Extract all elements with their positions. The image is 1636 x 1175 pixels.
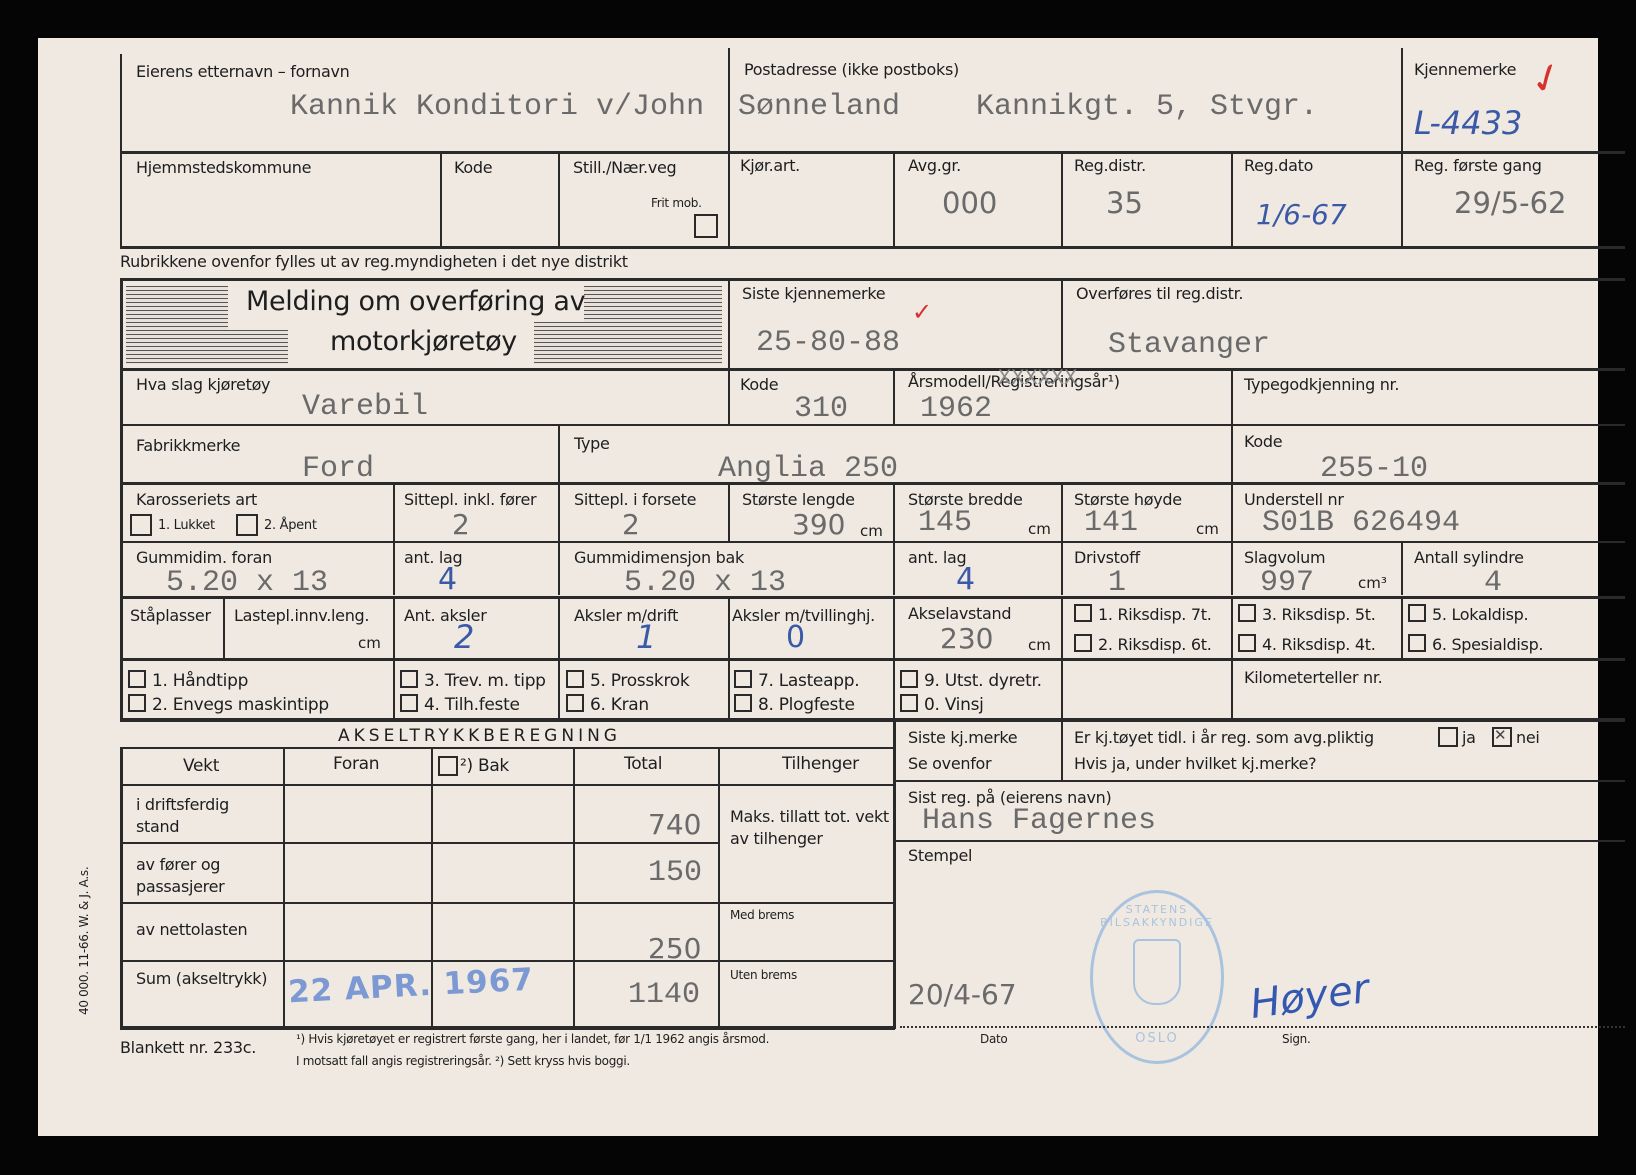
fabrikk-value: Ford: [302, 452, 374, 486]
sitte-inkl-value: 2: [452, 508, 470, 541]
slagvolum-value: 997: [1260, 566, 1314, 600]
lukket-checkbox[interactable]: [130, 514, 152, 536]
divider: [893, 484, 895, 542]
sign-label: Sign.: [1282, 1032, 1311, 1046]
red-check-icon: ✓: [912, 298, 932, 327]
regdistr-label: Reg.distr.: [1074, 156, 1146, 175]
sist-reg-value: Hans Fagernes: [922, 804, 1156, 838]
regdato-value: 1/6-67: [1256, 198, 1347, 231]
side-print-text: 40 000. 11-66. W. & J. A.s.: [77, 835, 91, 1015]
divider: [558, 660, 560, 718]
handtipp-label: 1. Håndtipp: [152, 671, 248, 691]
signature-line: [900, 1026, 1625, 1028]
drift-label: Aksler m/drift: [574, 606, 678, 625]
divider: [893, 151, 895, 248]
plate-value: L-4433: [1414, 104, 1522, 142]
forste-label: Reg. første gang: [1414, 156, 1542, 175]
divider: [728, 484, 730, 542]
divider: [1061, 484, 1063, 542]
col-total: Total: [624, 754, 662, 774]
sitte-for-label: Sittepl. i forsete: [574, 490, 696, 509]
stamp-date-value: 20/4-67: [908, 978, 1017, 1011]
envegs-label: 2. Envegs maskintipp: [152, 695, 329, 715]
divider: [393, 484, 395, 542]
divider: [1231, 484, 1233, 542]
lag2-value: 4: [956, 562, 975, 597]
avggr-label: Avg.gr.: [908, 156, 961, 175]
divider: [895, 840, 1625, 842]
footnote-2: I motsatt fall angis registreringsår. ²)…: [296, 1054, 630, 1068]
divider: [120, 151, 122, 248]
lokaldisp-checkbox[interactable]: [1408, 604, 1426, 622]
divider: [122, 960, 893, 962]
lasteapp-label: 7. Lasteapp.: [758, 671, 859, 691]
avstand-unit: cm: [1028, 636, 1051, 654]
title-stripe: [126, 286, 228, 330]
divider: [728, 151, 730, 248]
lokaldisp-label: 5. Lokaldisp.: [1432, 605, 1528, 624]
row-label-sum: Sum (akseltrykk): [136, 968, 276, 990]
vinsj-label: 0. Vinsj: [924, 695, 984, 715]
divider: [1061, 151, 1063, 248]
prosskrok-checkbox[interactable]: [566, 670, 584, 688]
regdistr-value: 35: [1106, 186, 1143, 220]
tvilling-value: 0: [786, 620, 805, 655]
divider: [440, 151, 442, 248]
received-date-stamp: 22 APR. 1967: [287, 962, 535, 1011]
siste-kjennemerke-label: Siste kjennemerke: [742, 284, 885, 303]
ant-aksler-value: 2: [454, 618, 474, 656]
divider: [893, 598, 895, 658]
sylindre-label: Antall sylindre: [1414, 548, 1524, 567]
divider: [120, 718, 1625, 722]
divider: [1401, 543, 1403, 595]
avstand-label: Akselavstand: [908, 604, 1011, 623]
riksdisp-2-checkbox[interactable]: [1074, 634, 1092, 652]
slag-value: Varebil: [302, 390, 428, 424]
plate-label: Kjennemerke: [1414, 60, 1516, 79]
divider: [558, 151, 560, 248]
riksdisp-1-checkbox[interactable]: [1074, 604, 1092, 622]
handtipp-checkbox[interactable]: [128, 670, 146, 688]
lag1-value: 4: [438, 562, 457, 597]
hoyde-unit: cm: [1196, 520, 1219, 538]
row-total-sum: 1140: [628, 978, 700, 1012]
divider: [1231, 368, 1233, 424]
lastepl-label: Lastepl.innv.leng.: [234, 606, 369, 625]
riksdisp-3-label: 3. Riksdisp. 5t.: [1262, 605, 1376, 624]
row-label-drift: i driftsferdig stand: [136, 794, 276, 838]
footnote-1: ¹) Hvis kjøretøyet er registrert første …: [296, 1032, 769, 1046]
divider: [718, 747, 720, 1029]
drift-value: 1: [636, 618, 656, 656]
regdato-label: Reg.dato: [1244, 156, 1313, 175]
coat-of-arms-icon: [1133, 939, 1181, 1005]
divider: [1061, 543, 1063, 595]
sitte-for-value: 2: [622, 508, 640, 541]
med-brems-label: Med brems: [730, 908, 794, 922]
divider: [558, 424, 560, 484]
divider: [1231, 151, 1233, 248]
akseltrykk-title: AKSELTRYKKBEREGNING: [338, 726, 621, 746]
divider: [728, 368, 730, 424]
vinsj-checkbox[interactable]: [900, 694, 918, 712]
hjemmsted-label: Hjemmstedskommune: [136, 158, 311, 177]
lengde-label: Største lengde: [742, 490, 855, 509]
title-stripe: [534, 322, 722, 364]
spesialdisp-label: 6. Spesialdisp.: [1432, 635, 1543, 654]
lukket-label: 1. Lukket: [158, 518, 215, 533]
divider: [1231, 598, 1233, 658]
row-total-forer: 150: [648, 856, 702, 890]
divider: [283, 747, 285, 1029]
divider: [1231, 543, 1233, 595]
gummi-foran-value: 5.20 x 13: [166, 566, 328, 600]
row-total-drift: 740: [648, 808, 701, 841]
divider: [558, 543, 560, 595]
divider: [120, 482, 1625, 485]
divider: [558, 484, 560, 542]
divider: [893, 543, 895, 595]
trev-checkbox[interactable]: [400, 670, 418, 688]
uten-brems-label: Uten brems: [730, 968, 797, 982]
plogfeste-checkbox[interactable]: [734, 694, 752, 712]
type-kode-label: Kode: [1244, 432, 1282, 451]
lengde-unit: cm: [860, 522, 883, 540]
staplasser-label: Ståplasser: [130, 606, 211, 625]
arsmodell-value: 1962: [920, 392, 992, 426]
divider: [728, 48, 730, 164]
divider: [122, 902, 893, 904]
signature: Høyer: [1247, 966, 1372, 1028]
lastepl-unit: cm: [358, 634, 381, 652]
divider: [120, 747, 123, 1029]
type-label: Type: [574, 434, 610, 453]
col-foran: Foran: [333, 754, 379, 774]
official-seal: STATENS BILSAKKYNDIGE OSLO: [1090, 890, 1224, 1064]
ja-checkbox[interactable]: [1438, 727, 1458, 747]
drivstoff-label: Drivstoff: [1074, 548, 1140, 567]
riksdisp-4-label: 4. Riksdisp. 4t.: [1262, 635, 1376, 654]
divider: [120, 278, 1625, 281]
divider: [1061, 660, 1063, 718]
overfores-label: Overføres til reg.distr.: [1076, 284, 1243, 303]
divider: [393, 543, 395, 595]
forste-value: 29/5-62: [1454, 186, 1567, 220]
riksdisp-3-checkbox[interactable]: [1238, 604, 1256, 622]
divider: [120, 368, 1625, 371]
divider: [122, 842, 718, 844]
still-label: Still./Nær.veg: [573, 158, 676, 177]
row-label-netto: av nettolasten: [136, 920, 247, 939]
tilhenger-text: Maks. tillatt tot. vekt av tilhenger: [730, 806, 890, 850]
divider: [558, 598, 560, 658]
slag-label: Hva slag kjøretøy: [136, 375, 270, 394]
avgpliktig-question: Er kj.tøyet tidl. i år reg. som avg.plik…: [1074, 728, 1374, 747]
apent-checkbox[interactable]: [236, 514, 258, 536]
divider: [120, 151, 1625, 154]
arsmodell-struck: XXXXXX: [998, 366, 1077, 391]
lengde-value: 390: [792, 508, 845, 541]
frit-mob-checkbox[interactable]: [694, 214, 718, 238]
riksdisp-2-label: 2. Riksdisp. 6t.: [1098, 635, 1212, 654]
address-name-value: Sønneland: [738, 90, 900, 124]
type-value: Anglia 250: [718, 452, 898, 486]
apent-label: 2. Åpent: [264, 518, 317, 533]
row-label-forer: av fører og passasjerer: [136, 854, 276, 898]
divider: [1401, 48, 1403, 164]
nei-label: nei: [1516, 728, 1540, 747]
divider: [120, 596, 1625, 599]
tilhfeste-label: 4. Tilh.feste: [424, 695, 520, 715]
address-street-value: Kannikgt. 5, Stvgr.: [976, 90, 1318, 124]
plogfeste-label: 8. Plogfeste: [758, 695, 855, 715]
kode-label: Kode: [454, 158, 492, 177]
row-total-netto: 250: [648, 932, 701, 965]
col-vekt: Vekt: [183, 756, 219, 776]
divider: [120, 54, 122, 164]
riksdisp-4-checkbox[interactable]: [1238, 634, 1256, 652]
kran-label: 6. Kran: [590, 695, 649, 715]
frit-mob-label: Frit mob.: [651, 196, 702, 210]
boggi-checkbox[interactable]: [438, 756, 458, 776]
fabrikk-label: Fabrikkmerke: [136, 436, 240, 455]
col-tilhenger: Tilhenger: [782, 754, 859, 774]
bredde-value: 145: [918, 506, 972, 540]
sitte-inkl-label: Sittepl. inkl. fører: [404, 490, 536, 509]
divider: [893, 368, 895, 424]
blankett-number: Blankett nr. 233c.: [120, 1038, 256, 1057]
seal-text-top: STATENS BILSAKKYNDIGE: [1093, 903, 1221, 929]
ja-label: ja: [1462, 728, 1476, 747]
form-title-line2: motorkjøretøy: [330, 326, 517, 357]
divider: [120, 1026, 895, 1030]
owner-name-value: Kannik Konditori v/John: [290, 90, 704, 124]
gummi-bak-value: 5.20 x 13: [624, 566, 786, 600]
slagvolum-unit: cm³: [1358, 574, 1387, 592]
divider: [393, 660, 395, 718]
divider: [223, 598, 225, 658]
title-stripe: [126, 330, 288, 364]
divider: [1231, 660, 1233, 718]
drivstoff-value: 1: [1108, 566, 1126, 600]
se-ovenfor-label: Se ovenfor: [908, 754, 991, 773]
understell-value: S01B 626494: [1262, 506, 1460, 540]
km-label: Kilometerteller nr.: [1244, 668, 1382, 687]
siste-kjennemerke-value: 25-80-88: [756, 326, 900, 360]
karosseri-label: Karosseriets art: [136, 490, 257, 509]
gummi-bak-label: Gummidimensjon bak: [574, 548, 744, 567]
col-bak: ²) Bak: [460, 756, 509, 776]
divider: [1061, 278, 1063, 370]
trev-label: 3. Trev. m. tipp: [424, 671, 546, 691]
prosskrok-label: 5. Prosskrok: [590, 671, 689, 691]
dato-label: Dato: [980, 1032, 1007, 1046]
nei-checkbox[interactable]: [1492, 727, 1512, 747]
gummi-foran-label: Gummidim. foran: [136, 548, 272, 567]
type-kode-value: 255-10: [1320, 452, 1428, 486]
hoyde-value: 141: [1084, 506, 1138, 540]
overfores-value: Stavanger: [1108, 328, 1270, 362]
avstand-value: 230: [940, 622, 993, 655]
divider: [728, 278, 730, 370]
divider: [895, 780, 1625, 782]
note-above: Rubrikkene ovenfor fylles ut av reg.mynd…: [120, 252, 628, 271]
siste-kjmerke-label: Siste kj.merke: [908, 728, 1017, 747]
divider: [122, 784, 893, 786]
divider: [120, 541, 1625, 543]
vehicle-kode-label: Kode: [740, 375, 778, 394]
hvilket-question: Hvis ja, under hvilket kj.merke?: [1074, 754, 1316, 773]
slagvolum-label: Slagvolum: [1244, 548, 1325, 567]
divider: [893, 660, 895, 718]
red-check-icon: ✓: [1523, 52, 1570, 107]
divider: [120, 424, 1625, 426]
bredde-unit: cm: [1028, 520, 1051, 538]
title-stripe: [584, 286, 722, 322]
divider: [1061, 598, 1063, 658]
divider: [1061, 722, 1063, 780]
kjorart-label: Kjør.art.: [740, 156, 800, 175]
envegs-checkbox[interactable]: [128, 694, 146, 712]
divider: [1231, 424, 1233, 484]
avggr-value: 000: [942, 186, 997, 220]
owner-label: Eierens etternavn – fornavn: [136, 62, 349, 81]
divider: [573, 747, 575, 1029]
kran-checkbox[interactable]: [566, 694, 584, 712]
divider: [1401, 151, 1403, 248]
divider: [1401, 598, 1403, 658]
stempel-label: Stempel: [908, 846, 972, 865]
form-title-line1: Melding om overføring av: [246, 286, 585, 317]
divider: [393, 598, 395, 658]
address-label: Postadresse (ikke postboks): [744, 60, 959, 79]
tilhfeste-checkbox[interactable]: [400, 694, 418, 712]
spesialdisp-checkbox[interactable]: [1408, 634, 1426, 652]
seal-text-bottom: OSLO: [1093, 1031, 1221, 1046]
divider: [120, 246, 1625, 249]
lasteapp-checkbox[interactable]: [734, 670, 752, 688]
riksdisp-1-label: 1. Riksdisp. 7t.: [1098, 605, 1212, 624]
vehicle-transfer-form: Eierens etternavn – fornavn Kannik Kondi…: [38, 38, 1598, 1136]
divider: [728, 660, 730, 718]
divider: [893, 722, 896, 1029]
typegodkj-label: Typegodkjenning nr.: [1244, 375, 1399, 394]
vehicle-kode-value: 310: [794, 392, 848, 426]
sylindre-value: 4: [1484, 566, 1502, 600]
divider: [120, 658, 1625, 661]
divider: [120, 278, 123, 718]
dyretr-checkbox[interactable]: [900, 670, 918, 688]
divider: [120, 747, 895, 749]
divider: [728, 598, 730, 658]
dyretr-label: 9. Utst. dyretr.: [924, 671, 1042, 691]
